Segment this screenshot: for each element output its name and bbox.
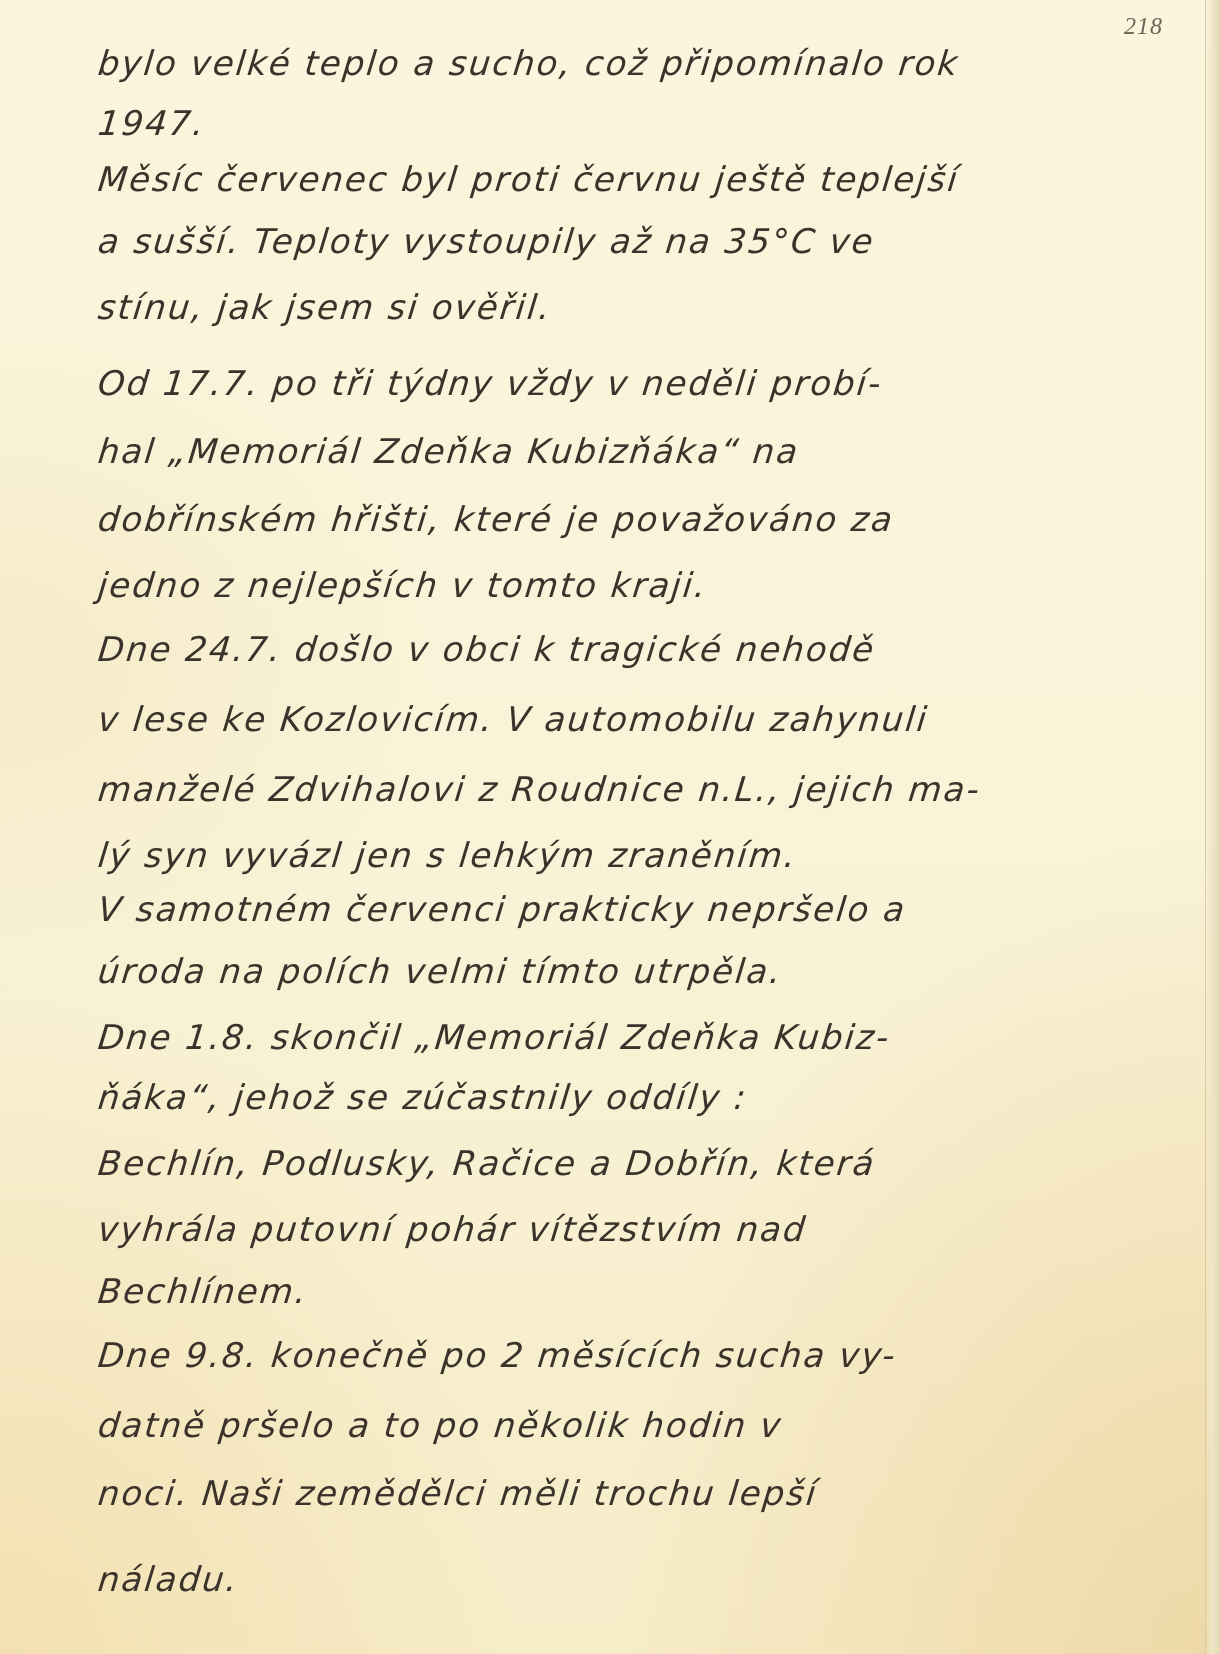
text-line: manželé Zdvihalovi z Roudnice n.L., jeji… xyxy=(96,770,983,810)
text-line: lý syn vyvázl jen s lehkým zraněním. xyxy=(96,836,799,876)
text-line: Dne 24.7. došlo v obci k tragické nehodě xyxy=(96,630,878,670)
page-number: 218 xyxy=(1124,14,1163,41)
text-line: V samotném červenci prakticky nepršelo a xyxy=(96,890,908,930)
text-line: náladu. xyxy=(96,1560,241,1600)
text-line: datně pršelo a to po několik hodin v xyxy=(96,1406,784,1446)
text-line: Bechlín, Podlusky, Račice a Dobřín, kter… xyxy=(96,1144,878,1184)
text-line: Od 17.7. po tři týdny vždy v neděli prob… xyxy=(96,364,885,404)
text-line: dobřínském hřišti, které je považováno z… xyxy=(96,500,896,540)
text-line: bylo velké teplo a sucho, což připomínal… xyxy=(96,44,961,84)
text-line: a sušší. Teploty vystoupily až na 35°C v… xyxy=(96,222,877,262)
text-line: Bechlínem. xyxy=(96,1272,310,1312)
text-line: vyhrála putovní pohár vítězstvím nad xyxy=(96,1210,809,1250)
text-line: noci. Naši zemědělci měli trochu lepší xyxy=(96,1474,820,1514)
document-page: 218 bylo velké teplo a sucho, což připom… xyxy=(0,0,1220,1654)
page-edge xyxy=(1205,0,1220,1654)
text-line: Dne 1.8. skončil „Memoriál Zdeňka Kubiz- xyxy=(96,1018,893,1058)
text-line: Měsíc červenec byl proti červnu ještě te… xyxy=(96,160,961,200)
text-line: stínu, jak jsem si ověřil. xyxy=(96,288,554,328)
text-line: 1947. xyxy=(96,104,208,144)
text-line: hal „Memoriál Zdeňka Kubizňáka“ na xyxy=(96,432,801,472)
text-line: úroda na polích velmi tímto utrpěla. xyxy=(96,952,784,992)
text-line: Dne 9.8. konečně po 2 měsících sucha vy- xyxy=(96,1336,899,1376)
text-line: v lese ke Kozlovicím. V automobilu zahyn… xyxy=(96,700,930,740)
text-line: ňáka“, jehož se zúčastnily oddíly : xyxy=(96,1078,750,1118)
text-line: jedno z nejlepších v tomto kraji. xyxy=(96,566,709,606)
